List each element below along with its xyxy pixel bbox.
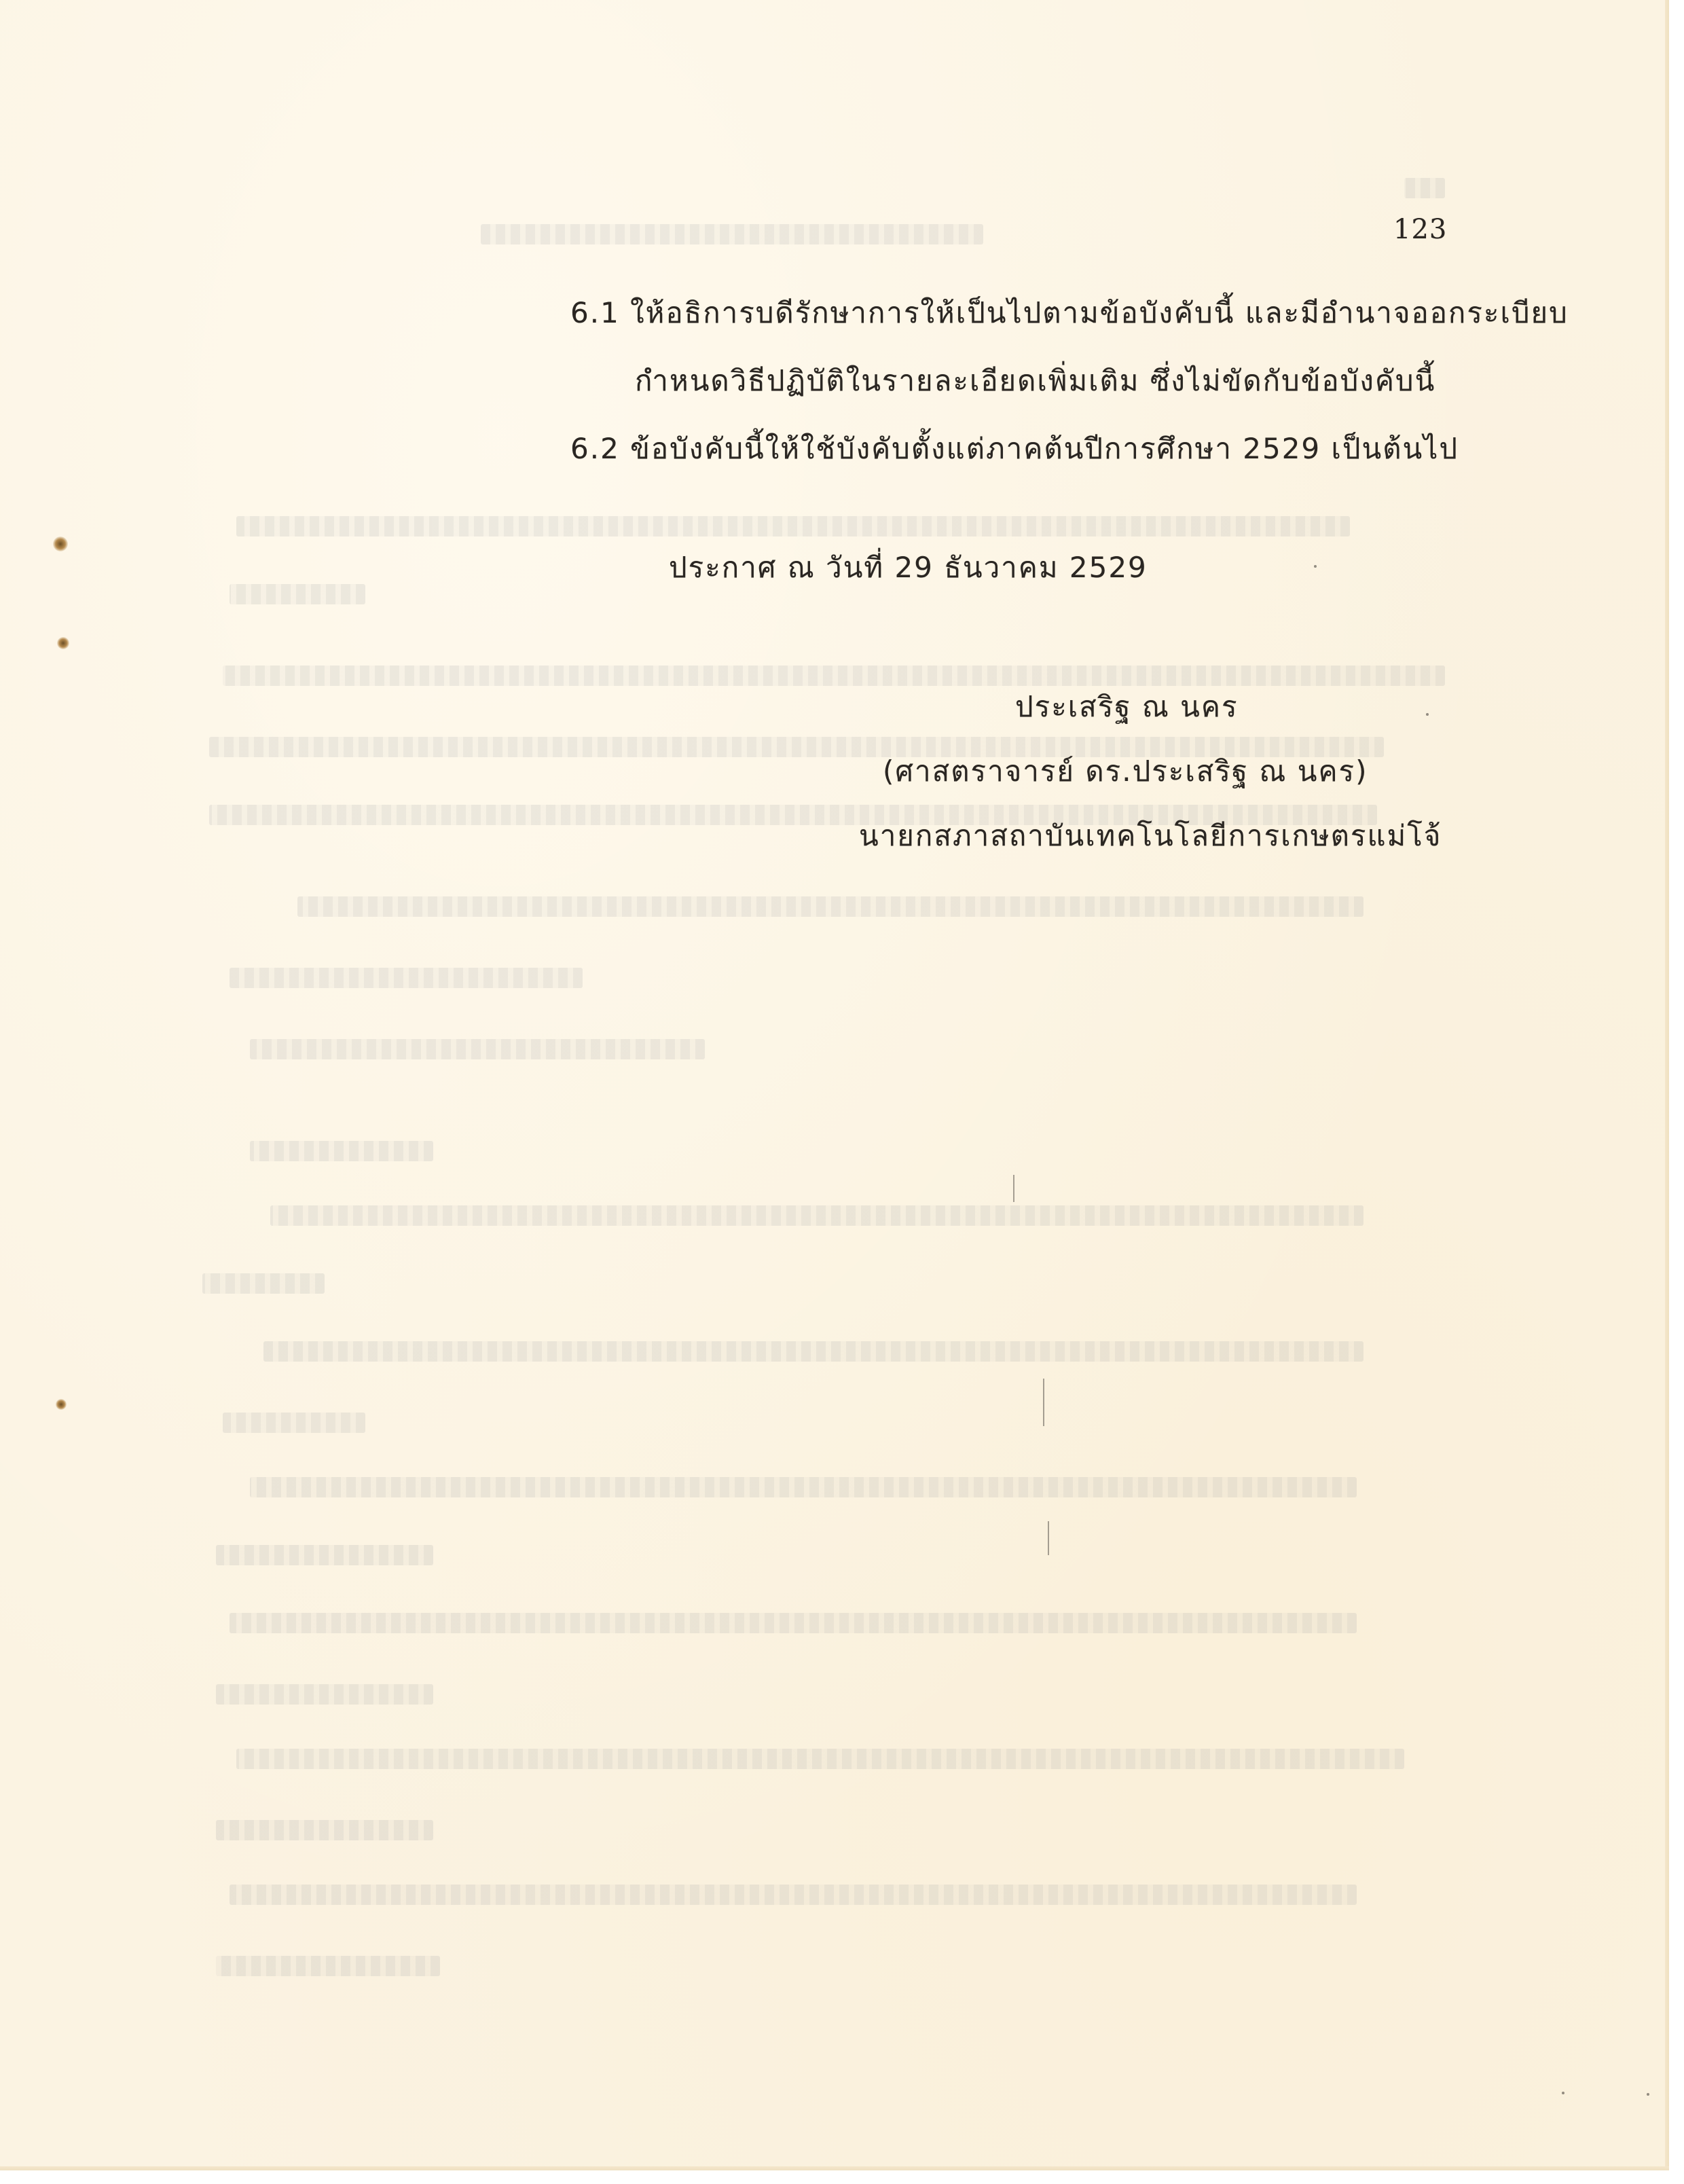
ink-mark xyxy=(1043,1379,1044,1426)
ink-speck xyxy=(1562,2092,1564,2094)
announcement-date: ประกาศ ณ วันที่ 29 ธันวาคม 2529 xyxy=(669,553,1148,582)
paper-hole-speck xyxy=(53,536,68,551)
clause-6-1-line-1: 6.1 ให้อธิการบดีรักษาการให้เป็นไปตามข้อบ… xyxy=(570,299,1569,327)
ink-speck xyxy=(1314,565,1317,568)
ink-mark xyxy=(1048,1521,1049,1555)
paper-edge-bottom xyxy=(0,2166,1669,2170)
signature-title: นายกสภาสถาบันเทคโนโลยีการเกษตรแม่โจ้ xyxy=(859,822,1442,850)
paper-hole-speck xyxy=(57,637,69,649)
ink-speck xyxy=(1426,713,1429,716)
paper-hole-speck xyxy=(56,1399,67,1410)
ink-speck xyxy=(1647,2093,1649,2096)
signature-full-name: (ศาสตราจารย์ ดร.ประเสริฐ ณ นคร) xyxy=(883,757,1368,786)
ink-mark xyxy=(1013,1175,1014,1202)
page-number: 123 xyxy=(1393,216,1447,243)
signature-name: ประเสริฐ ณ นคร xyxy=(1015,693,1239,721)
clause-6-2-line-1: 6.2 ข้อบังคับนี้ให้ใช้บังคับตั้งแต่ภาคต้… xyxy=(570,435,1459,463)
clause-6-1-line-2: กำหนดวิธีปฏิบัติในรายละเอียดเพิ่มเติม ซึ… xyxy=(635,367,1435,395)
paper-edge-right xyxy=(1665,0,1669,2170)
